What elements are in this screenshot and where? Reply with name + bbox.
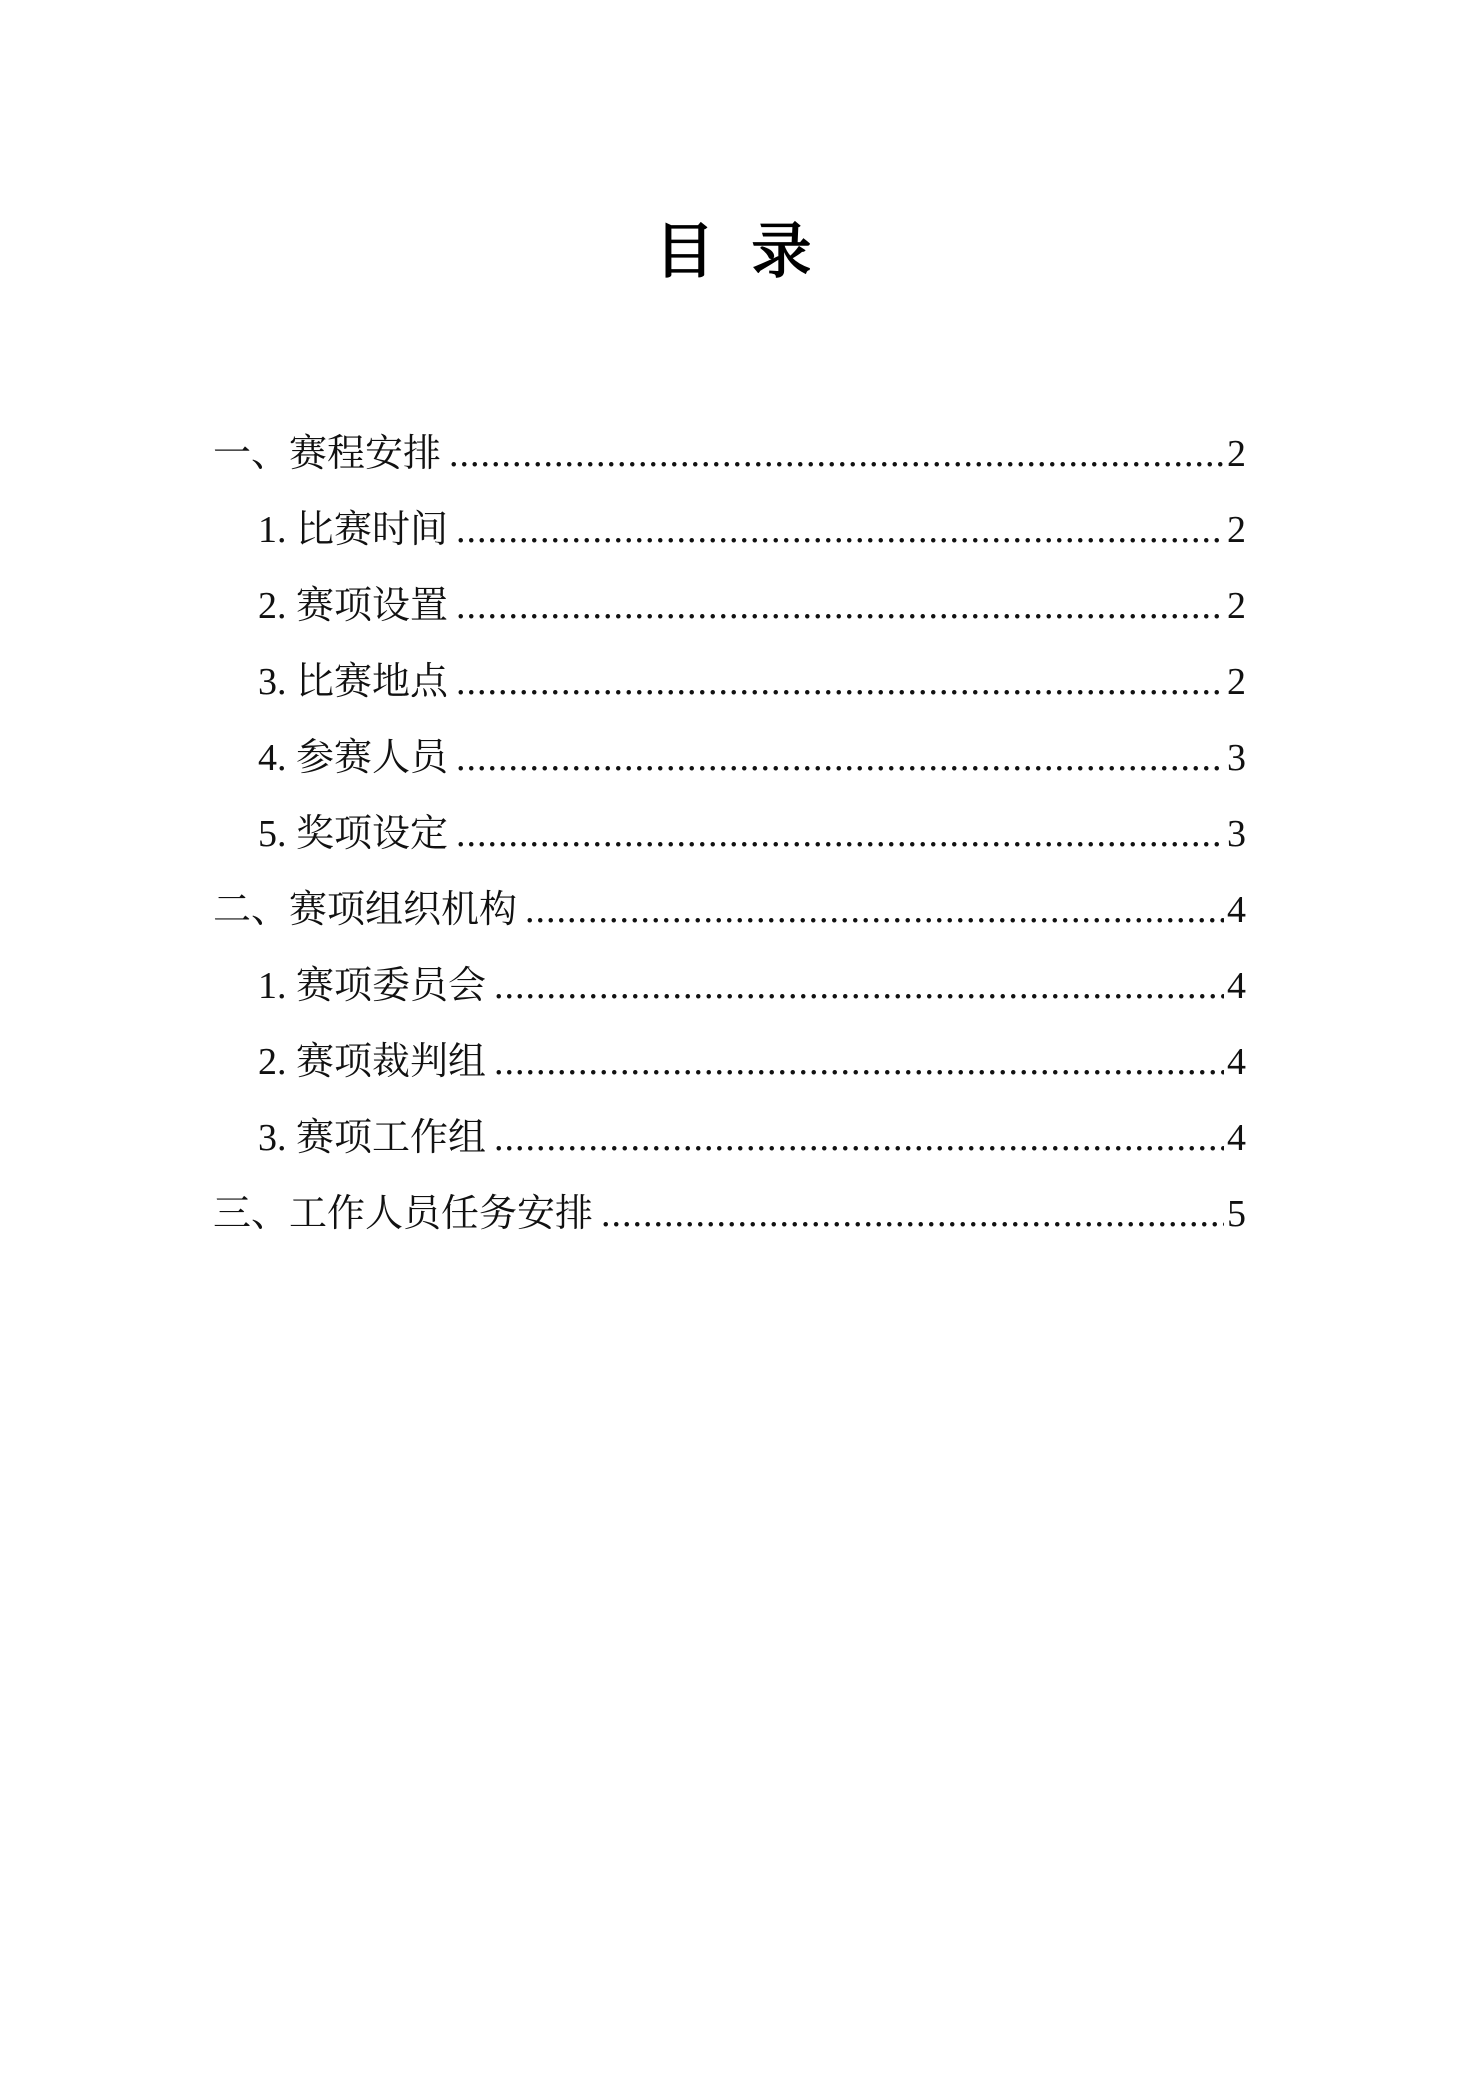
dot-leader: ........................................… (456, 796, 1224, 872)
dot-leader: ........................................… (456, 492, 1224, 568)
toc-entry-label: 5. 奖项设定 (258, 796, 448, 872)
dot-leader: ........................................… (456, 720, 1224, 796)
toc-entry-saicheng-anpai[interactable]: 一、赛程安排 .................................… (213, 416, 1246, 492)
toc-entry-label: 4. 参赛人员 (258, 720, 448, 796)
toc-page-number: 4 (1227, 1100, 1246, 1176)
page-title: 目 录 (0, 222, 1468, 282)
toc-entry-saixiang-weiyuanhui[interactable]: 1. 赛项委员会 ...............................… (213, 948, 1246, 1024)
toc-page-number: 2 (1227, 568, 1246, 644)
toc-entry-saixiang-shezhi[interactable]: 2. 赛项设置 ................................… (213, 568, 1246, 644)
dot-leader: ........................................… (525, 872, 1224, 948)
table-of-contents: 一、赛程安排 .................................… (213, 416, 1246, 1252)
toc-entry-label: 1. 赛项委员会 (258, 948, 486, 1024)
dot-leader: ........................................… (494, 1100, 1224, 1176)
toc-entry-bisai-didian[interactable]: 3. 比赛地点 ................................… (213, 644, 1246, 720)
document-page: 目 录 一、赛程安排 .............................… (0, 0, 1468, 2076)
toc-entry-label: 一、赛程安排 (213, 416, 441, 492)
toc-page-number: 4 (1227, 872, 1246, 948)
dot-leader: ........................................… (449, 416, 1224, 492)
toc-entry-label: 2. 赛项设置 (258, 568, 448, 644)
toc-page-number: 3 (1227, 796, 1246, 872)
dot-leader: ........................................… (601, 1176, 1224, 1252)
toc-entry-saixiang-zuzhi-jigou[interactable]: 二、赛项组织机构 ...............................… (213, 872, 1246, 948)
dot-leader: ........................................… (494, 948, 1224, 1024)
toc-entry-jiangxiang-sheding[interactable]: 5. 奖项设定 ................................… (213, 796, 1246, 872)
dot-leader: ........................................… (494, 1024, 1224, 1100)
toc-entry-label: 3. 赛项工作组 (258, 1100, 486, 1176)
toc-page-number: 4 (1227, 948, 1246, 1024)
toc-page-number: 2 (1227, 644, 1246, 720)
toc-entry-gongzuo-renyuan-renwu-anpai[interactable]: 三、工作人员任务安排 .............................… (213, 1176, 1246, 1252)
toc-page-number: 3 (1227, 720, 1246, 796)
toc-entry-bisai-shijian[interactable]: 1. 比赛时间 ................................… (213, 492, 1246, 568)
toc-entry-cansai-renyuan[interactable]: 4. 参赛人员 ................................… (213, 720, 1246, 796)
toc-page-number: 4 (1227, 1024, 1246, 1100)
toc-entry-saixiang-gongzuozu[interactable]: 3. 赛项工作组 ...............................… (213, 1100, 1246, 1176)
toc-page-number: 5 (1227, 1176, 1246, 1252)
toc-entry-saixiang-caipanzu[interactable]: 2. 赛项裁判组 ...............................… (213, 1024, 1246, 1100)
dot-leader: ........................................… (456, 644, 1224, 720)
toc-entry-label: 3. 比赛地点 (258, 644, 448, 720)
toc-entry-label: 2. 赛项裁判组 (258, 1024, 486, 1100)
toc-entry-label: 二、赛项组织机构 (213, 872, 517, 948)
toc-page-number: 2 (1227, 416, 1246, 492)
toc-entry-label: 1. 比赛时间 (258, 492, 448, 568)
dot-leader: ........................................… (456, 568, 1224, 644)
toc-page-number: 2 (1227, 492, 1246, 568)
toc-entry-label: 三、工作人员任务安排 (213, 1176, 593, 1252)
